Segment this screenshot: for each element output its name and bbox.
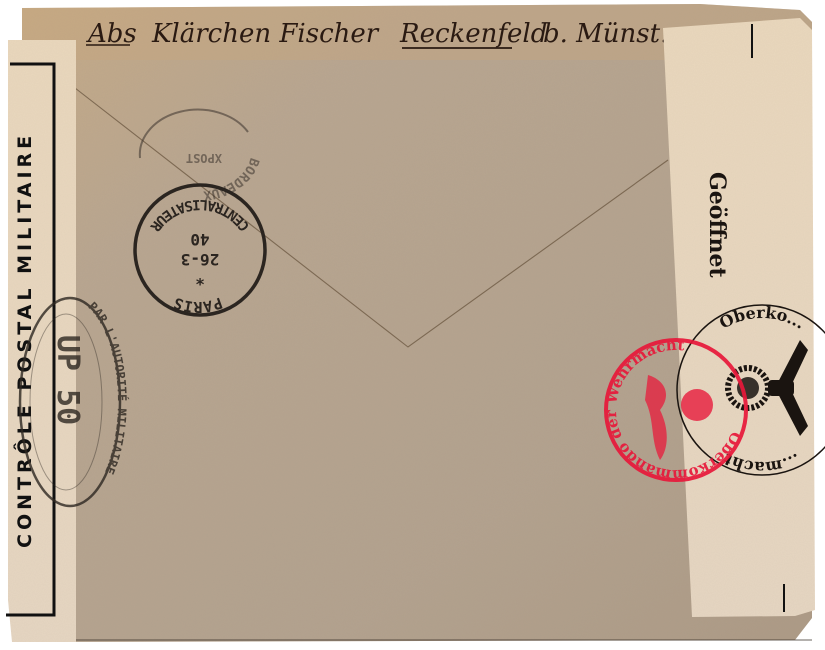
envelope-canvas: Abs Klärchen Fischer Reckenfeld b. Münst… xyxy=(0,0,825,650)
sender-name: Klärchen Fischer xyxy=(151,19,380,49)
envelope: Abs Klärchen Fischer Reckenfeld b. Münst… xyxy=(0,0,825,650)
postmark-star: * xyxy=(195,270,205,289)
sender-place: Reckenfeld xyxy=(399,19,547,49)
postmark-date: 26-3 xyxy=(181,250,220,269)
faint-stamp-subtext: XPOST xyxy=(186,151,222,165)
controle-postal-militaire-label: CONTRÔLE POSTAL MILITAIRE xyxy=(12,132,36,548)
oval-stamp-center-text: UP 50 xyxy=(50,335,85,425)
geoeffnet-label: Geöffnet xyxy=(704,172,730,279)
postmark-year: 40 xyxy=(190,230,209,249)
